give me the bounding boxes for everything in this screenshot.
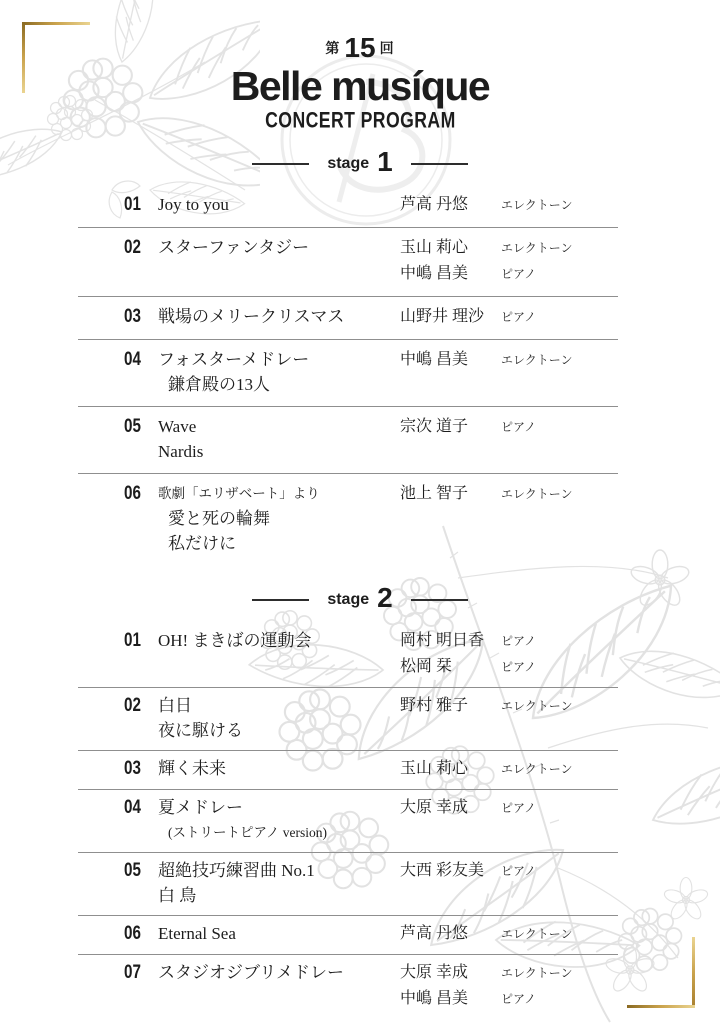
item-number: 04 [124, 347, 151, 372]
item-performers: 玉山 莉心エレクトーン [400, 756, 618, 782]
item-number: 02 [124, 693, 151, 718]
song-title: Wave [158, 414, 400, 439]
performer-name: 中嶋 昌美 [400, 261, 488, 286]
performer-name: 芦高 丹悠 [400, 921, 488, 946]
performer-name: 岡村 明日香 [400, 628, 488, 653]
concert-program-page: 第15回 Belle musíque CONCERT PROGRAM stage… [0, 0, 720, 1024]
song-title: Eternal Sea [158, 921, 400, 946]
performer-row: 松岡 栞ピアノ [400, 654, 618, 680]
edition-number: 15 [344, 32, 375, 63]
performer-row: 中嶋 昌美ピアノ [400, 261, 618, 287]
performer-row: 山野井 理沙ピアノ [400, 304, 618, 330]
performer-name: 玉山 莉心 [400, 235, 488, 260]
song-title: 戦場のメリークリスマス [158, 304, 400, 329]
performer-row: 宗次 道子ピアノ [400, 414, 618, 440]
performer-name: 池上 智子 [400, 481, 488, 506]
performer-instrument: エレクトーン [501, 922, 573, 947]
item-performers: 岡村 明日香ピアノ松岡 栞ピアノ [400, 628, 618, 680]
item-titles: 戦場のメリークリスマス [158, 304, 400, 329]
edition-prefix: 第 [325, 40, 340, 56]
song-title: 私だけに [158, 531, 400, 556]
program-item: 04 フォスターメドレー鎌倉殿の13人 中嶋 昌美エレクトーン [78, 339, 618, 406]
stage-header: stage 1 [0, 148, 720, 180]
performer-row: 玉山 莉心エレクトーン [400, 235, 618, 261]
performer-instrument: ピアノ [501, 629, 536, 654]
item-titles: 輝く未来 [158, 756, 400, 781]
performer-instrument: エレクトーン [501, 961, 573, 986]
song-title: OH! まきばの運動会 [158, 628, 400, 653]
song-title: 愛と死の輪舞 [158, 506, 400, 531]
item-number: 07 [124, 960, 151, 985]
item-titles: 歌劇「エリザベート」より愛と死の輪舞私だけに [158, 481, 400, 556]
program-item: 06 歌劇「エリザベート」より愛と死の輪舞私だけに 池上 智子エレクトーン [78, 473, 618, 565]
song-title: 輝く未来 [158, 756, 400, 781]
item-number: 05 [124, 858, 151, 883]
program-item: 05 WaveNardis 宗次 道子ピアノ [78, 406, 618, 473]
program-item: 03 戦場のメリークリスマス 山野井 理沙ピアノ [78, 296, 618, 339]
stage-dash-right [411, 599, 468, 601]
item-number: 03 [124, 756, 151, 781]
gold-corner-bottom-right-horizontal [627, 1005, 695, 1008]
page-subtitle: CONCERT PROGRAM [0, 109, 720, 133]
performer-name: 大原 幸成 [400, 795, 488, 820]
item-performers: 池上 智子エレクトーン [400, 481, 618, 507]
gold-corner-top-left-horizontal [22, 22, 90, 25]
song-title: フォスターメドレー [158, 347, 400, 372]
performer-name: 大西 彩友美 [400, 858, 488, 883]
program-item: 01 Joy to you 芦高 丹悠エレクトーン [78, 185, 618, 227]
performer-instrument: ピアノ [501, 415, 536, 440]
stages: stage 1 01 Joy to you 芦高 丹悠エレクトーン 02 スター… [0, 148, 720, 1019]
stage-dash-left [252, 599, 309, 601]
stage-number: 2 [377, 582, 393, 614]
item-performers: 大原 幸成エレクトーン中嶋 昌美ピアノ [400, 960, 618, 1012]
performer-instrument: エレクトーン [501, 236, 573, 261]
performer-row: 池上 智子エレクトーン [400, 481, 618, 507]
performer-row: 大原 幸成エレクトーン [400, 960, 618, 986]
stage-section: stage 1 01 Joy to you 芦高 丹悠エレクトーン 02 スター… [0, 148, 720, 565]
item-number: 05 [124, 414, 151, 439]
performer-name: 野村 雅子 [400, 693, 488, 718]
performer-instrument: ピアノ [501, 262, 536, 287]
item-performers: 中嶋 昌美エレクトーン [400, 347, 618, 373]
gold-corner-bottom-right-vertical [692, 937, 695, 1008]
item-titles: 夏メドレー(ストリートピアノ version) [158, 795, 400, 845]
song-title: スターファンタジー [158, 235, 400, 260]
performer-row: 中嶋 昌美エレクトーン [400, 347, 618, 373]
song-title: 夜に駆ける [158, 718, 400, 743]
performer-name: 芦高 丹悠 [400, 192, 488, 217]
edition-suffix: 回 [380, 40, 395, 56]
stage-label: stage [327, 155, 369, 173]
performer-name: 山野井 理沙 [400, 304, 488, 329]
song-title: 白日 [158, 693, 400, 718]
item-performers: 大原 幸成ピアノ [400, 795, 618, 821]
item-number: 04 [124, 795, 151, 820]
performer-instrument: エレクトーン [501, 193, 573, 218]
performer-row: 中嶋 昌美ピアノ [400, 986, 618, 1012]
stage-header: stage 2 [0, 584, 720, 616]
gold-corner-top-left-vertical [22, 22, 25, 93]
performer-row: 大西 彩友美ピアノ [400, 858, 618, 884]
item-titles: スタジオジブリメドレー [158, 960, 400, 985]
item-titles: 白日夜に駆ける [158, 693, 400, 743]
item-number: 06 [124, 481, 151, 506]
performer-instrument: ピアノ [501, 796, 536, 821]
item-number: 01 [124, 628, 151, 653]
performer-instrument: ピアノ [501, 305, 536, 330]
edition-line: 第15回 [0, 33, 720, 63]
performer-instrument: ピアノ [501, 655, 536, 680]
item-performers: 宗次 道子ピアノ [400, 414, 618, 440]
program-item: 02 スターファンタジー 玉山 莉心エレクトーン中嶋 昌美ピアノ [78, 227, 618, 296]
program-header: 第15回 Belle musíque CONCERT PROGRAM [0, 0, 720, 133]
item-number: 06 [124, 921, 151, 946]
song-title: 歌劇「エリザベート」より [158, 481, 400, 506]
item-number: 02 [124, 235, 151, 260]
song-title: 超絶技巧練習曲 No.1 [158, 858, 400, 883]
program-item: 02 白日夜に駆ける 野村 雅子エレクトーン [78, 687, 618, 750]
performer-name: 松岡 栞 [400, 654, 488, 679]
performer-instrument: エレクトーン [501, 694, 573, 719]
performer-instrument: ピアノ [501, 987, 536, 1012]
performer-name: 宗次 道子 [400, 414, 488, 439]
song-title: (ストリートピアノ version) [158, 820, 400, 845]
item-titles: Joy to you [158, 192, 400, 217]
performer-name: 大原 幸成 [400, 960, 488, 985]
program-item: 04 夏メドレー(ストリートピアノ version) 大原 幸成ピアノ [78, 789, 618, 852]
song-title: 夏メドレー [158, 795, 400, 820]
performer-instrument: エレクトーン [501, 757, 573, 782]
song-title: 白 鳥 [158, 883, 400, 908]
stage-number: 1 [377, 146, 393, 178]
performer-name: 中嶋 昌美 [400, 347, 488, 372]
performer-instrument: エレクトーン [501, 482, 573, 507]
program-item: 05 超絶技巧練習曲 No.1白 鳥 大西 彩友美ピアノ [78, 852, 618, 915]
item-performers: 大西 彩友美ピアノ [400, 858, 618, 884]
program-item: 07 スタジオジブリメドレー 大原 幸成エレクトーン中嶋 昌美ピアノ [78, 954, 618, 1019]
performer-name: 玉山 莉心 [400, 756, 488, 781]
song-title: 鎌倉殿の13人 [158, 372, 400, 397]
performer-row: 野村 雅子エレクトーン [400, 693, 618, 719]
performer-name: 中嶋 昌美 [400, 986, 488, 1011]
item-performers: 玉山 莉心エレクトーン中嶋 昌美ピアノ [400, 235, 618, 287]
item-performers: 芦高 丹悠エレクトーン [400, 921, 618, 947]
item-performers: 山野井 理沙ピアノ [400, 304, 618, 330]
program-item: 03 輝く未来 玉山 莉心エレクトーン [78, 750, 618, 789]
stage-items: 01 Joy to you 芦高 丹悠エレクトーン 02 スターファンタジー 玉… [78, 185, 618, 565]
performer-row: 芦高 丹悠エレクトーン [400, 192, 618, 218]
item-performers: 野村 雅子エレクトーン [400, 693, 618, 719]
item-titles: OH! まきばの運動会 [158, 628, 400, 653]
performer-instrument: ピアノ [501, 859, 536, 884]
performer-instrument: エレクトーン [501, 348, 573, 373]
stage-label: stage [327, 591, 369, 609]
item-titles: 超絶技巧練習曲 No.1白 鳥 [158, 858, 400, 908]
item-titles: フォスターメドレー鎌倉殿の13人 [158, 347, 400, 397]
performer-row: 岡村 明日香ピアノ [400, 628, 618, 654]
performer-row: 芦高 丹悠エレクトーン [400, 921, 618, 947]
stage-items: 01 OH! まきばの運動会 岡村 明日香ピアノ松岡 栞ピアノ 02 白日夜に駆… [78, 623, 618, 1019]
item-titles: WaveNardis [158, 414, 400, 464]
item-number: 01 [124, 192, 151, 217]
song-title: Nardis [158, 439, 400, 464]
stage-section: stage 2 01 OH! まきばの運動会 岡村 明日香ピアノ松岡 栞ピアノ … [0, 584, 720, 1019]
song-title: Joy to you [158, 192, 400, 217]
item-titles: スターファンタジー [158, 235, 400, 260]
stage-dash-right [411, 163, 468, 165]
item-number: 03 [124, 304, 151, 329]
song-title: スタジオジブリメドレー [158, 960, 400, 985]
program-item: 01 OH! まきばの運動会 岡村 明日香ピアノ松岡 栞ピアノ [78, 623, 618, 687]
stage-dash-left [252, 163, 309, 165]
page-title: Belle musíque [0, 63, 720, 109]
performer-row: 大原 幸成ピアノ [400, 795, 618, 821]
performer-row: 玉山 莉心エレクトーン [400, 756, 618, 782]
item-titles: Eternal Sea [158, 921, 400, 946]
program-item: 06 Eternal Sea 芦高 丹悠エレクトーン [78, 915, 618, 954]
item-performers: 芦高 丹悠エレクトーン [400, 192, 618, 218]
